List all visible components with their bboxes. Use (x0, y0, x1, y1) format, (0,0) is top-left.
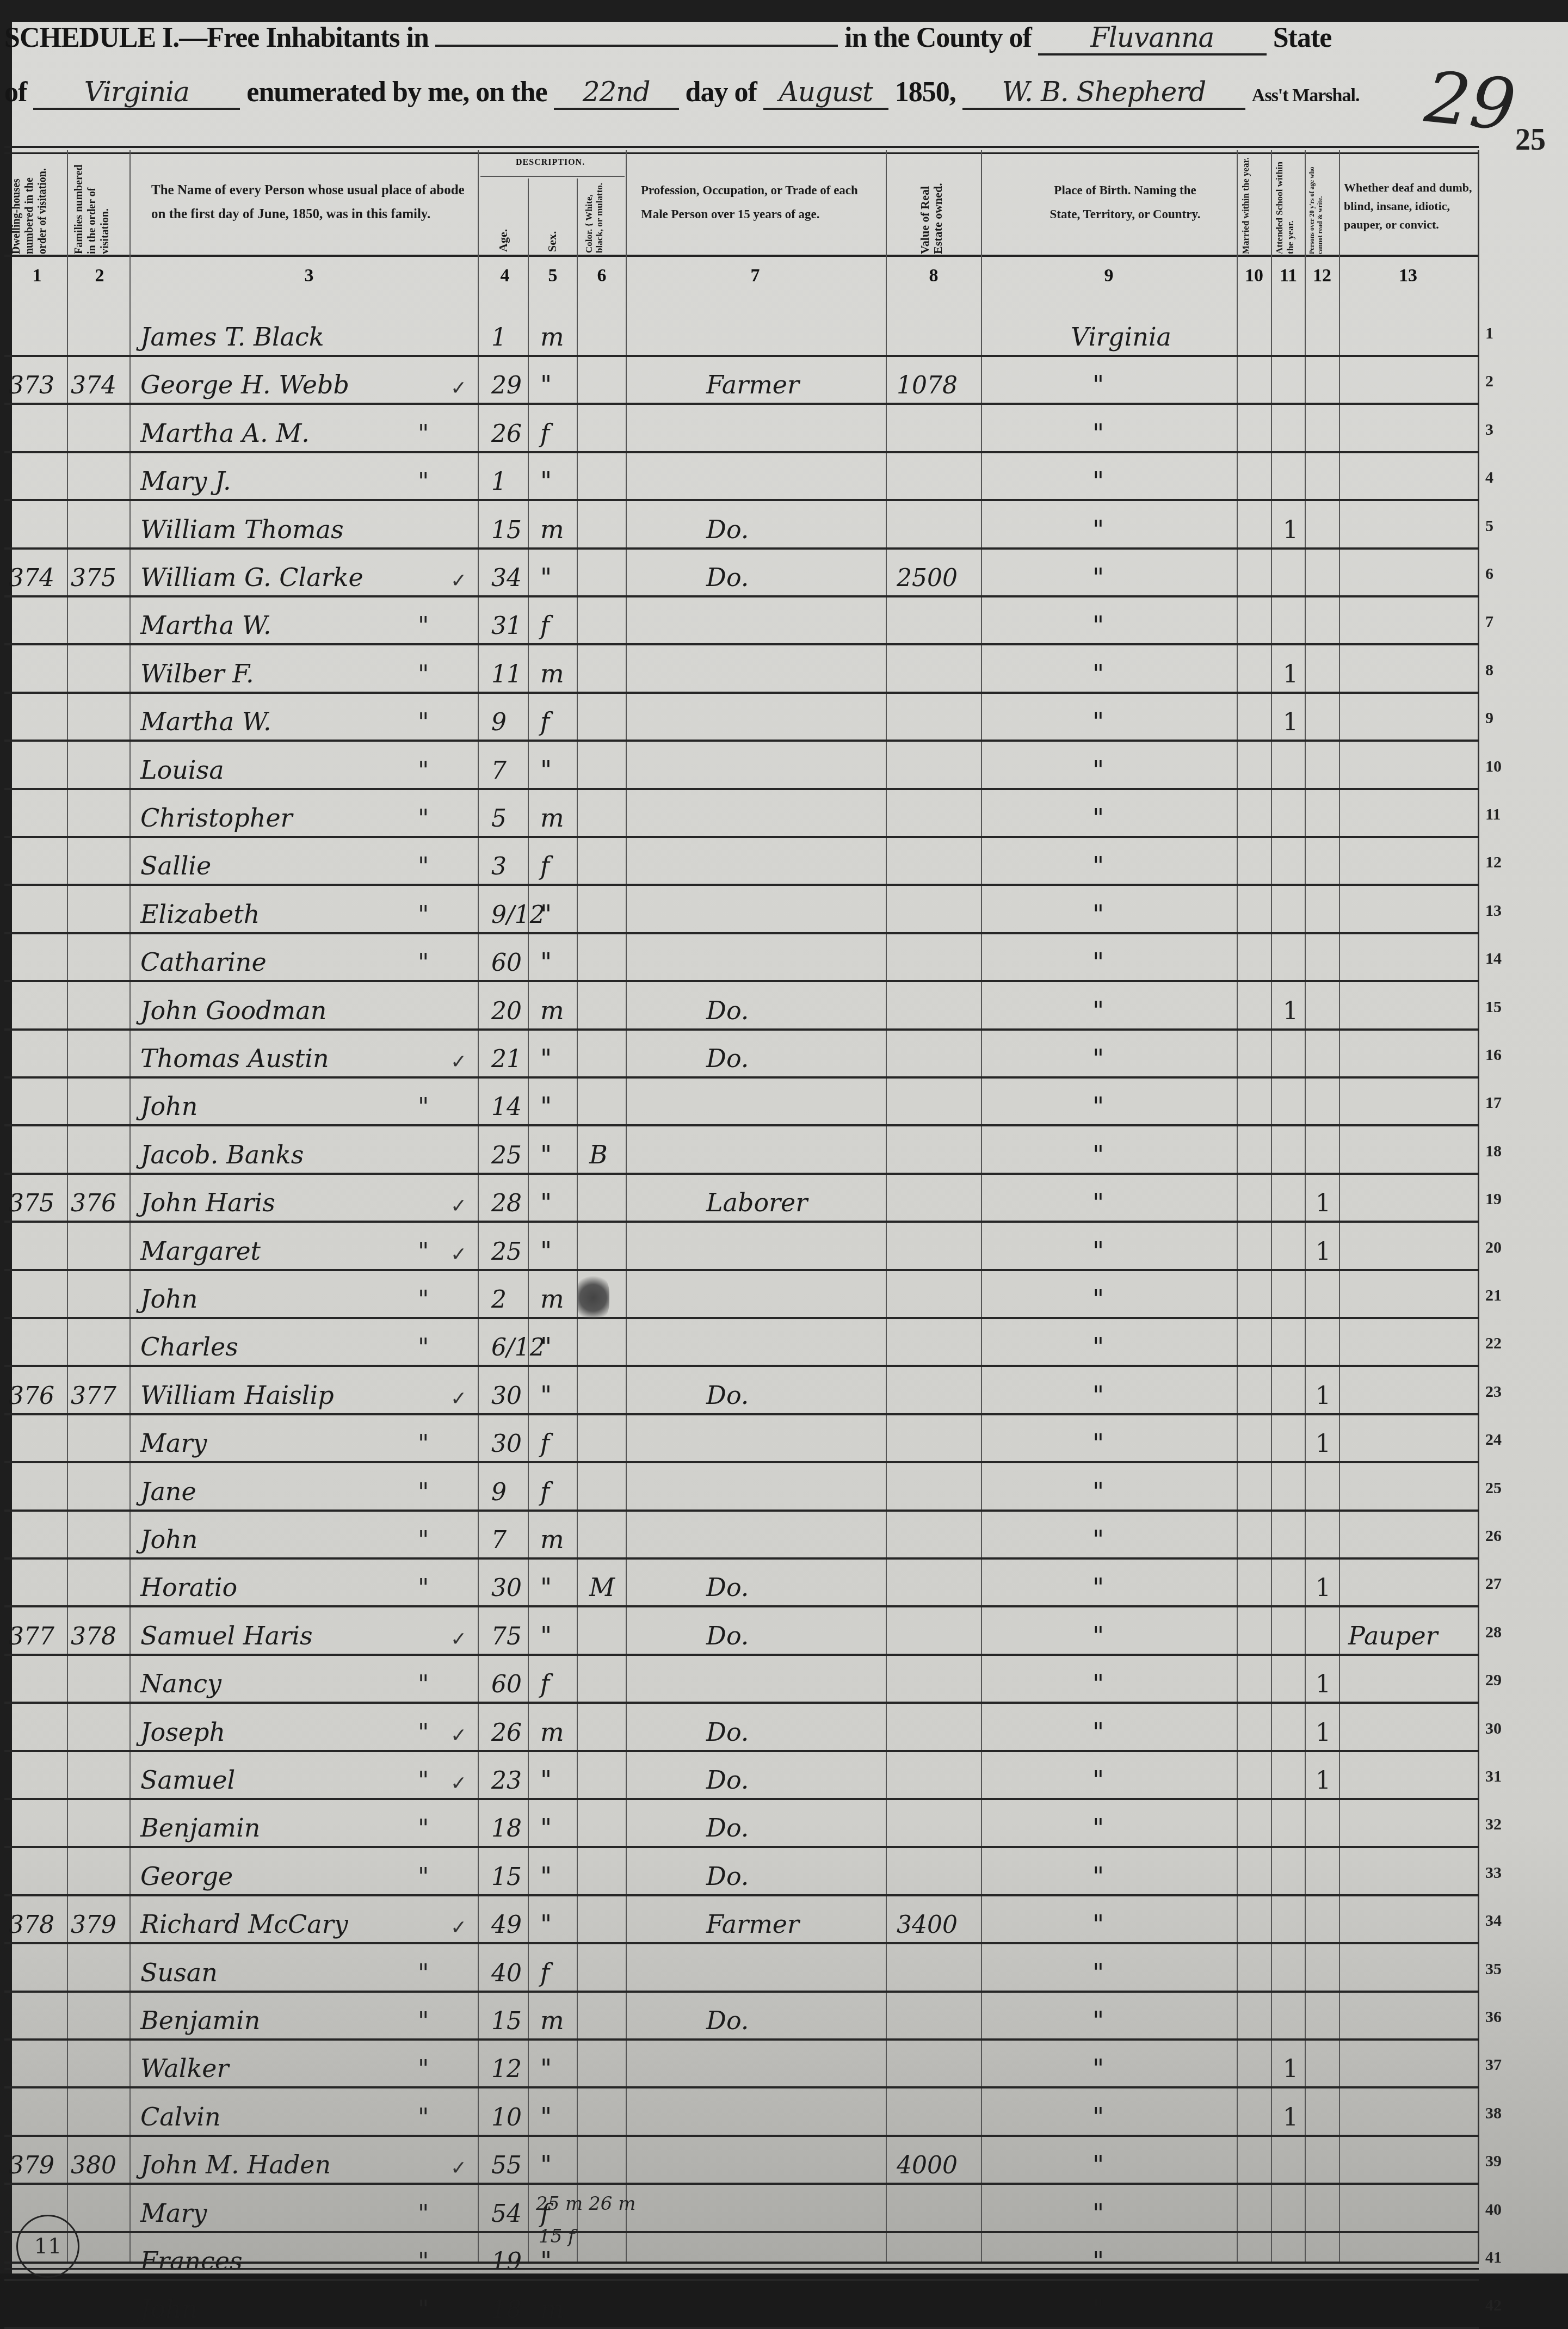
age-value: 7 (491, 1526, 507, 1554)
age-value: 5 (491, 805, 507, 833)
tally-note-1: 25 m 26 m (536, 2193, 635, 2215)
person-name: Walker (140, 2054, 229, 2083)
age-value: 9/12 (491, 901, 545, 929)
age-value: 12 (491, 2055, 522, 2083)
line-number: 20 (1485, 1239, 1502, 1257)
surname-ditto: " (418, 708, 429, 736)
description-underline (480, 176, 625, 177)
district-field (435, 45, 838, 47)
line-number: 16 (1485, 1046, 1502, 1064)
occupation-value: Do. (706, 1381, 749, 1410)
condition-value: Pauper (1348, 1621, 1438, 1650)
line-number: 26 (1485, 1527, 1502, 1545)
table-row: 377378Samuel Haris✓75"Do."Pauper (4, 1608, 1479, 1656)
col-number: 1 (15, 266, 59, 286)
description-group-label: DESCRIPTION. (516, 158, 585, 168)
birthplace-value: " (1092, 1765, 1104, 1795)
schedule-label: SCHEDULE I.—Free Inhabitants in (4, 22, 429, 53)
col-number: 2 (78, 266, 121, 286)
surname-ditto: " (418, 2200, 429, 2228)
person-name: Benjamin (140, 2006, 260, 2035)
age-value: 10 (491, 2104, 522, 2131)
person-name: Nancy (140, 1669, 221, 1698)
line-number: 1 (1485, 324, 1493, 343)
occupation-value: Do. (706, 2006, 749, 2035)
check-mark: ✓ (450, 1243, 467, 1266)
col-number: 12 (1306, 266, 1338, 286)
occupation-value: Do. (706, 1813, 749, 1843)
line-number: 11 (1485, 805, 1501, 824)
table-row: Catharine"60"" (4, 934, 1479, 982)
person-name: Benjamin (140, 1813, 260, 1843)
school-mark: 1 (1283, 516, 1298, 544)
age-value: 60 (491, 1671, 522, 1698)
sex-value: " (540, 1909, 552, 1939)
col-number: 3 (287, 266, 331, 286)
birthplace-value: " (1092, 996, 1104, 1025)
sex-value: " (540, 2054, 552, 2083)
illiterate-mark: 1 (1316, 1190, 1331, 1217)
sex-value: f (540, 1428, 550, 1458)
line-number: 22 (1485, 1334, 1502, 1353)
line-number: 36 (1485, 2008, 1502, 2026)
birthplace-value: " (1092, 707, 1104, 736)
sex-value: " (540, 1813, 552, 1843)
table-row: Nancy"60f"1 (4, 1656, 1479, 1704)
birthplace-value: " (1092, 947, 1104, 977)
sex-value: " (540, 370, 552, 399)
age-value: 11 (491, 661, 522, 688)
person-name: Calvin (140, 2102, 221, 2131)
table-row: James T. Black1mVirginia (4, 309, 1479, 357)
illiterate-mark: 1 (1316, 1719, 1331, 1747)
age-value: 9 (491, 1478, 507, 1506)
line-number: 15 (1485, 998, 1502, 1016)
birthplace-value: Virginia (1071, 322, 1171, 352)
sex-value: m (540, 659, 564, 688)
sex-value: " (540, 1862, 552, 1891)
line-number: 9 (1485, 709, 1493, 728)
line-number: 29 (1485, 1671, 1502, 1690)
person-name: Mary J. (140, 466, 231, 496)
person-name: William G. Clarke (140, 563, 363, 592)
family-number: 378 (71, 1623, 116, 1650)
school-mark: 1 (1283, 708, 1298, 736)
check-mark: ✓ (450, 1772, 467, 1795)
person-name: John Haris (140, 1188, 275, 1217)
birthplace-value: " (1092, 851, 1104, 880)
table-row: 374375William G. Clarke✓34"Do.2500" (4, 550, 1479, 597)
table-top-rule (4, 146, 1479, 154)
person-name: Martha W. (140, 611, 271, 640)
surname-ditto: " (418, 1960, 429, 1987)
person-name: Mary (140, 1428, 207, 1458)
person-name: Jacob. Banks (140, 1140, 304, 1169)
birthplace-value: " (1092, 1862, 1104, 1891)
line-number: 23 (1485, 1383, 1502, 1401)
person-name: Mary (140, 2198, 207, 2228)
table-row: Horatio"30"MDo."1 (4, 1560, 1479, 1607)
marshal-signature: W. B. Shepherd (962, 76, 1245, 110)
table-row: Mary"30f"1 (4, 1415, 1479, 1463)
check-mark: ✓ (450, 377, 467, 399)
check-mark: ✓ (450, 1388, 467, 1410)
line-number: 30 (1485, 1720, 1502, 1738)
line-number: 4 (1485, 469, 1493, 487)
col-header-dwelling: Dwelling-houses numbered in the order of… (10, 153, 64, 254)
sex-value: " (540, 899, 552, 929)
state-label: State (1273, 22, 1332, 53)
age-value: 3 (491, 853, 507, 880)
age-value: 30 (491, 1430, 522, 1458)
sex-value: m (540, 1525, 564, 1554)
year-label: 1850, (895, 77, 956, 108)
surname-ditto: " (418, 1767, 429, 1795)
person-name: George H. Webb (140, 370, 349, 399)
age-value: 54 (491, 2200, 522, 2228)
illiterate-mark: 1 (1316, 1430, 1331, 1458)
col-header-real-estate: Value of Real Estate owned. (918, 153, 956, 254)
tally-note-2: 15 f (539, 2226, 575, 2247)
col-number: 8 (912, 266, 955, 286)
surname-ditto: " (418, 1093, 429, 1121)
ink-blot (577, 1273, 609, 1322)
person-name: Joseph (140, 1717, 225, 1747)
surname-ditto: " (418, 1719, 429, 1747)
col-number: 11 (1272, 266, 1305, 286)
color-value: M (589, 1573, 615, 1602)
sex-value: m (540, 1717, 564, 1747)
table-row: John Goodman20mDo."1 (4, 983, 1479, 1031)
table-row: Benjamin"18"Do." (4, 1800, 1479, 1848)
age-value: 9 (491, 708, 507, 736)
illiterate-mark: 1 (1316, 1574, 1331, 1602)
col-number: 9 (1087, 266, 1131, 286)
occupation-value: Farmer (706, 1909, 799, 1939)
birthplace-value: " (1092, 370, 1104, 399)
person-name: Horatio (140, 1573, 237, 1602)
sex-value: f (540, 1958, 550, 1987)
sex-value: " (540, 1573, 552, 1602)
age-value: 6/12 (491, 1334, 545, 1361)
state-field: Virginia (33, 76, 240, 110)
sex-value: " (540, 1188, 552, 1217)
birthplace-value: " (1092, 1717, 1104, 1747)
surname-ditto: " (418, 1478, 429, 1506)
birthplace-value: " (1092, 1236, 1104, 1266)
enumerated-label: enumerated by me, on the (246, 77, 547, 108)
line-number: 6 (1485, 565, 1493, 583)
check-mark: ✓ (450, 1195, 467, 1217)
line-number: 34 (1485, 1912, 1502, 1930)
sex-value: f (540, 707, 550, 736)
birthplace-value: " (1092, 1332, 1104, 1361)
col-header-family: Families numbered in the order of visita… (72, 153, 127, 254)
line-number: 3 (1485, 421, 1493, 439)
sex-value: f (540, 1477, 550, 1506)
birthplace-value: " (1092, 418, 1104, 448)
birthplace-value: " (1092, 2102, 1104, 2131)
surname-ditto: " (418, 1863, 429, 1891)
table-row: Martha A. M."26f" (4, 405, 1479, 453)
col-header-color: Color. { White, black, or mulatto. (584, 180, 623, 253)
sex-value: " (540, 1381, 552, 1410)
birthplace-value: " (1092, 1669, 1104, 1698)
birthplace-value: " (1092, 1428, 1104, 1458)
surname-ditto: " (418, 2007, 429, 2035)
occupation-value: Do. (706, 1044, 749, 1073)
birthplace-value: " (1092, 659, 1104, 688)
table-row: Wilber F."11m"1 (4, 646, 1479, 694)
birthplace-value: " (1092, 1477, 1104, 1506)
month-field: August (763, 76, 888, 110)
table-row: Louisa"7"" (4, 742, 1479, 790)
birthplace-value: " (1092, 2150, 1104, 2179)
occupation-value: Do. (706, 1573, 749, 1602)
sex-value: " (540, 1621, 552, 1650)
sex-value: " (540, 2150, 552, 2179)
age-value: 21 (491, 1045, 522, 1073)
col-number: 6 (580, 266, 624, 286)
person-name: Charles (140, 1332, 238, 1361)
table-row: Charles"6/12"" (4, 1319, 1479, 1367)
sex-value: m (540, 996, 564, 1025)
table-row: George"15"Do." (4, 1849, 1479, 1896)
age-value: 20 (491, 997, 522, 1025)
table-row: 376377William Haislip✓30"Do."1 (4, 1367, 1479, 1415)
dwelling-number: 377 (9, 1623, 54, 1650)
table-row: Martha W."31f" (4, 597, 1479, 645)
dwelling-number: 378 (9, 1911, 54, 1939)
age-value: 26 (491, 420, 522, 448)
birthplace-value: " (1092, 1092, 1104, 1121)
age-value: 49 (491, 1911, 522, 1939)
person-name: Catharine (140, 947, 267, 977)
birthplace-value: " (1092, 466, 1104, 496)
sex-value: m (540, 2006, 564, 2035)
marshal-label: Ass't Marshal. (1252, 85, 1360, 106)
person-name: Richard McCary (140, 1909, 348, 1939)
surname-ditto: " (418, 901, 429, 929)
birthplace-value: " (1092, 755, 1104, 785)
table-row: Martha W."9f"1 (4, 694, 1479, 742)
table-row: Mary J."1"" (4, 453, 1479, 501)
col-number: 5 (531, 266, 575, 286)
age-value: 1 (491, 324, 507, 352)
illiterate-mark: 1 (1316, 1238, 1331, 1266)
birthplace-value: " (1092, 515, 1104, 544)
birthplace-value: " (1092, 1284, 1104, 1314)
sex-value: m (540, 803, 564, 833)
circled-note: 11 (16, 2215, 79, 2273)
table-row: William Thomas15mDo."1 (4, 502, 1479, 550)
person-name: William Haislip (140, 1381, 334, 1410)
occupation-value: Do. (706, 1765, 749, 1795)
table-row: 373374George H. Webb✓29"Farmer1078" (4, 357, 1479, 405)
line-number: 14 (1485, 950, 1502, 968)
dwelling-number: 379 (9, 2152, 54, 2179)
line-number: 19 (1485, 1190, 1502, 1209)
age-value: 75 (491, 1623, 522, 1650)
line-number: 8 (1485, 661, 1493, 680)
illiterate-mark: 1 (1316, 1767, 1331, 1795)
line-number: 12 (1485, 853, 1502, 872)
birthplace-value: " (1092, 1381, 1104, 1410)
header-bottom-rule (4, 255, 1479, 259)
person-name: Susan (140, 1958, 218, 1987)
county-label: in the County of (844, 22, 1032, 53)
birthplace-value: " (1092, 1813, 1104, 1843)
sex-value: m (540, 1284, 564, 1314)
real-estate-value: 1078 (897, 372, 958, 399)
family-number: 377 (71, 1382, 116, 1410)
col-header-name: The Name of every Person whose usual pla… (151, 178, 467, 226)
surname-ditto: " (418, 1334, 429, 1361)
age-value: 1 (491, 468, 507, 496)
line-number: 13 (1485, 902, 1502, 920)
scan-border-top (0, 0, 1568, 22)
person-name: Louisa (140, 755, 224, 785)
line-number: 40 (1485, 2201, 1502, 2219)
col-header-age: Age. (497, 206, 518, 252)
col-header-condition: Whether deaf and dumb, blind, insane, id… (1344, 178, 1474, 234)
person-name: John Goodman (140, 996, 326, 1025)
surname-ditto: " (418, 2104, 429, 2131)
table-row: Samuel"✓23"Do."1 (4, 1752, 1479, 1800)
sex-value: " (540, 1092, 552, 1121)
sex-value: m (540, 322, 564, 352)
age-value: 28 (491, 1190, 522, 1217)
school-mark: 1 (1283, 2055, 1298, 2083)
person-name: John (140, 1525, 197, 1554)
birthplace-value: " (1092, 2198, 1104, 2228)
table-row: Jane"9f" (4, 1464, 1479, 1512)
occupation-value: Do. (706, 515, 749, 544)
surname-ditto: " (418, 1286, 429, 1314)
age-value: 14 (491, 1093, 522, 1121)
birthplace-value: " (1092, 2054, 1104, 2083)
line-number: 37 (1485, 2056, 1502, 2074)
age-value: 31 (491, 612, 522, 640)
line-number: 24 (1485, 1431, 1502, 1449)
birthplace-value: " (1092, 563, 1104, 592)
check-mark: ✓ (450, 1917, 467, 1939)
birthplace-value: " (1092, 2006, 1104, 2035)
person-name: Elizabeth (140, 899, 260, 929)
check-mark: ✓ (450, 1051, 467, 1073)
person-name: Jane (140, 1477, 196, 1506)
table-bottom-rule (4, 2262, 1479, 2270)
folio-number: 29 (1422, 56, 1520, 147)
sex-value: " (540, 947, 552, 977)
school-mark: 1 (1283, 2104, 1298, 2131)
age-value: 25 (491, 1142, 522, 1169)
age-value: 30 (491, 1574, 522, 1602)
person-name: William Thomas (140, 515, 344, 544)
age-value: 55 (491, 2152, 522, 2179)
check-mark: ✓ (450, 570, 467, 592)
person-name: Christopher (140, 803, 293, 833)
age-value: 23 (491, 1767, 522, 1795)
sex-value: f (540, 851, 550, 880)
birthplace-value: " (1092, 1140, 1104, 1169)
age-value: 15 (491, 2007, 522, 2035)
age-value: 18 (491, 1815, 522, 1843)
col-number: 13 (1386, 266, 1430, 286)
table-row: Calvin"10""1 (4, 2089, 1479, 2137)
person-name: John M. Haden (140, 2150, 331, 2179)
dwelling-number: 376 (9, 1382, 54, 1410)
sex-value: " (540, 1332, 552, 1361)
real-estate-value: 4000 (897, 2152, 958, 2179)
line-number: 17 (1485, 1094, 1502, 1112)
table-row: Christopher"5m" (4, 790, 1479, 838)
line-number: 10 (1485, 757, 1502, 776)
col-header-occupation: Profession, Occupation, or Trade of each… (641, 178, 880, 226)
birthplace-value: " (1092, 899, 1104, 929)
occupation-value: Laborer (706, 1188, 807, 1217)
day-of-label: day of (686, 77, 757, 108)
person-name: Margaret (140, 1236, 261, 1266)
table-row: Jacob. Banks25"B" (4, 1127, 1479, 1175)
sex-value: f (540, 418, 550, 448)
person-name: Wilber F. (140, 659, 254, 688)
birthplace-value: " (1092, 1621, 1104, 1650)
dwelling-number: 373 (9, 372, 54, 399)
dwelling-number: 374 (9, 564, 54, 592)
birthplace-value: " (1092, 803, 1104, 833)
person-name: Thomas Austin (140, 1044, 329, 1073)
age-value: 60 (491, 949, 522, 977)
surname-ditto: " (418, 949, 429, 977)
sex-value: " (540, 755, 552, 785)
age-value: 40 (491, 1960, 522, 1987)
dwelling-number: 375 (9, 1190, 54, 1217)
occupation-value: Do. (706, 563, 749, 592)
line-number: 41 (1485, 2248, 1502, 2267)
check-mark: ✓ (450, 1628, 467, 1650)
sex-value: " (540, 1140, 552, 1169)
occupation-value: Do. (706, 1621, 749, 1650)
col-number: 4 (483, 266, 527, 286)
table-row: John"2m" (4, 1271, 1479, 1319)
check-mark: ✓ (450, 2157, 467, 2179)
surname-ditto: " (418, 612, 429, 640)
of-label: of (4, 77, 27, 108)
family-number: 376 (71, 1190, 116, 1217)
table-row: Margaret"✓25""1 (4, 1223, 1479, 1271)
col-header-illiterate: Persons over 20 y'rs of age who cannot r… (1308, 153, 1336, 254)
family-number: 379 (71, 1911, 116, 1939)
line-number: 2 (1485, 372, 1493, 391)
surname-ditto: " (418, 420, 429, 448)
surname-ditto: " (418, 1574, 429, 1602)
illiterate-mark: 1 (1316, 1671, 1331, 1698)
school-mark: 1 (1283, 997, 1298, 1025)
col-header-married: Married within the year. (1240, 153, 1269, 254)
surname-ditto: " (418, 1238, 429, 1266)
surname-ditto: " (418, 805, 429, 833)
person-name: John (140, 1284, 197, 1314)
line-number: 21 (1485, 1286, 1502, 1305)
surname-ditto: " (418, 1526, 429, 1554)
surname-ditto: " (418, 1671, 429, 1698)
col-number: 7 (733, 266, 777, 286)
real-estate-value: 3400 (897, 1911, 958, 1939)
line-number: 33 (1485, 1864, 1502, 1882)
surname-ditto: " (418, 2055, 429, 2083)
person-name: James T. Black (140, 322, 324, 352)
